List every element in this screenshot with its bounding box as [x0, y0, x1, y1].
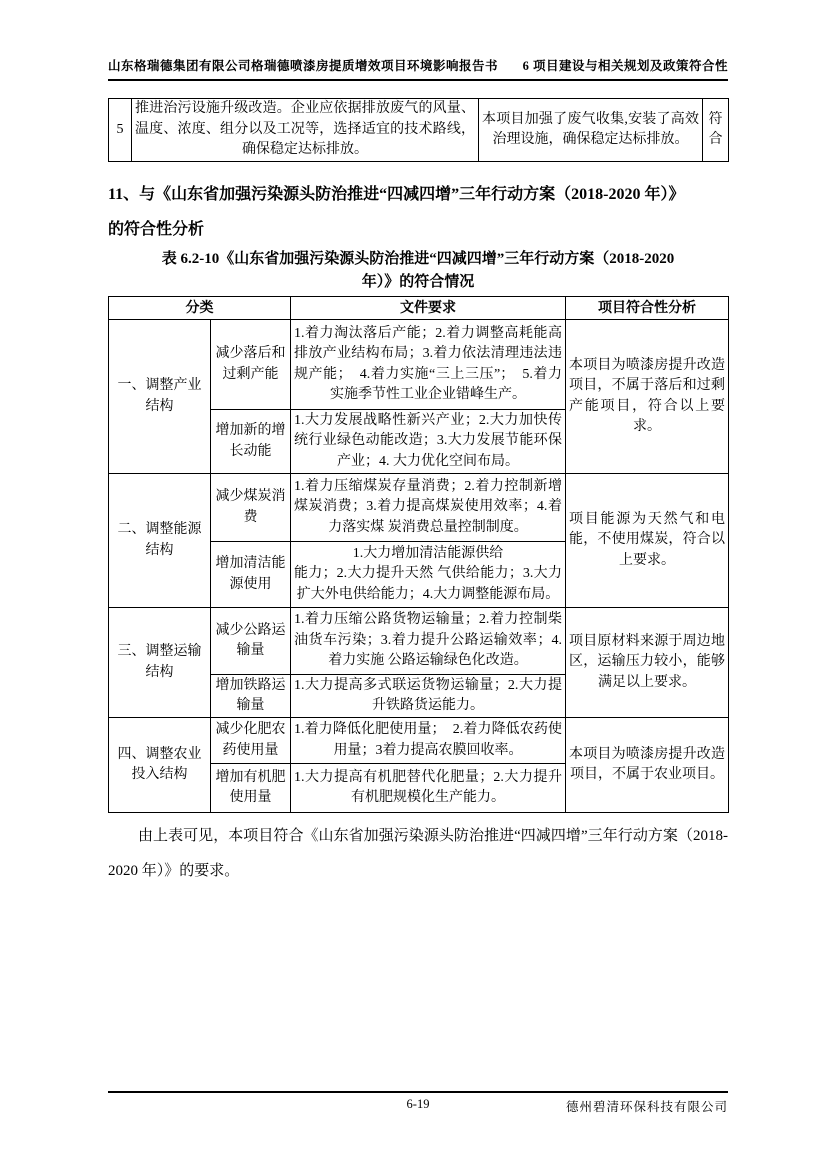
requirement-cell: 1.大力提高有机肥替代化肥量；2.大力提升有机肥规模化生产能力。 [291, 764, 566, 813]
analysis-cell: 本项目为喷漆房提升改造项目，不属于落后和过剩产能项目，符合以上要求。 [566, 320, 729, 474]
subcategory-cell: 减少煤炭消费 [211, 474, 291, 542]
requirement-cell: 1.着力淘汰落后产能；2.着力调整高耗能高排放产业结构布局；3.着力依法清理违法… [291, 320, 566, 410]
subcategory-cell: 减少公路运输量 [211, 608, 291, 675]
footer-company-name: 德州碧清环保科技有限公司 [566, 1097, 728, 1115]
category-cell: 四、调整农业投入结构 [109, 718, 211, 813]
requirement-cell: 1.着力降低化肥使用量； 2.着力降低农药使用量；3着力提高农膜回收率。 [291, 718, 566, 764]
running-head-right: 6 项目建设与相关规划及政策符合性 [523, 56, 728, 74]
requirement-cell: 1.大力提高多式联运货物运输量；2.大力提升铁路货运能力。 [291, 675, 566, 718]
header-category: 分类 [109, 297, 291, 320]
header-requirement: 文件要求 [291, 297, 566, 320]
requirement-cell: 1.大力发展战略性新兴产业；2.大力加快传统行业绿色动能改造；3.大力发展节能环… [291, 410, 566, 474]
subcategory-cell: 增加有机肥使用量 [211, 764, 291, 813]
four-reduce-four-increase-table: 分类 文件要求 项目符合性分析 一、调整产业结构 减少落后和过剩产能 1.着力淘… [108, 296, 729, 813]
requirement-cell: 1.大力增加清洁能源供给 能力；2.大力提升天然 气供给能力；3.大力扩大外电供… [291, 542, 566, 608]
table-row: 四、调整农业投入结构 减少化肥农药使用量 1.着力降低化肥使用量； 2.着力降低… [109, 718, 729, 764]
policy-compliance-table-continuation: 5 推进治污设施升级改造。企业应依据排放废气的风量、温度、浓度、组分以及工况等，… [108, 98, 729, 162]
subcategory-cell: 增加铁路运输量 [211, 675, 291, 718]
subcategory-cell: 减少化肥农药使用量 [211, 718, 291, 764]
row-index-cell: 5 [109, 99, 132, 162]
page-content: 山东格瑞德集团有限公司格瑞德喷漆房提质增效项目环境影响报告书 6 项目建设与相关… [108, 0, 728, 889]
subcategory-cell: 增加清洁能源使用 [211, 542, 291, 608]
requirement-cell: 1.着力压缩公路货物运输量；2.着力控制柴油货车污染；3.着力提升公路运输效率；… [291, 608, 566, 675]
table-header-row: 分类 文件要求 项目符合性分析 [109, 297, 729, 320]
page-footer: 6-19 德州碧清环保科技有限公司 [108, 1091, 728, 1112]
analysis-cell: 本项目加强了废气收集,安装了高效治理设施，确保稳定达标排放。 [479, 99, 703, 162]
analysis-cell: 项目原材料来源于周边地区，运输压力较小，能够满足以上要求。 [566, 608, 729, 718]
analysis-cell: 本项目为喷漆房提升改造项目，不属于农业项目。 [566, 718, 729, 813]
conclusion-cell: 符合 [703, 99, 729, 162]
requirement-cell: 1.着力压缩煤炭存量消费；2.着力控制新增煤炭消费；3.着力提高煤炭使用效率；4… [291, 474, 566, 542]
table-row: 一、调整产业结构 减少落后和过剩产能 1.着力淘汰落后产能；2.着力调整高耗能高… [109, 320, 729, 410]
running-head-left: 山东格瑞德集团有限公司格瑞德喷漆房提质增效项目环境影响报告书 [108, 56, 498, 74]
analysis-cell: 项目能源为天然气和电能，不使用煤炭，符合以上要求。 [566, 474, 729, 608]
table-row: 5 推进治污设施升级改造。企业应依据排放废气的风量、温度、浓度、组分以及工况等，… [109, 99, 729, 162]
table-caption: 表 6.2-10《山东省加强污染源头防治推进“四减四增”三年行动方案（2018-… [108, 248, 728, 294]
subcategory-cell: 减少落后和过剩产能 [211, 320, 291, 410]
header-analysis: 项目符合性分析 [566, 297, 729, 320]
category-cell: 一、调整产业结构 [109, 320, 211, 474]
requirement-cell: 推进治污设施升级改造。企业应依据排放废气的风量、温度、浓度、组分以及工况等，选择… [132, 99, 479, 162]
closing-paragraph: 由上表可见，本项目符合《山东省加强污染源头防治推进“四减四增”三年行动方案（20… [108, 819, 728, 889]
document-page: 山东格瑞德集团有限公司格瑞德喷漆房提质增效项目环境影响报告书 6 项目建设与相关… [0, 0, 827, 1169]
section-heading: 11、与《山东省加强污染源头防治推进“四减四增”三年行动方案（2018-2020… [108, 177, 728, 247]
category-cell: 三、调整运输结构 [109, 608, 211, 718]
table-row: 三、调整运输结构 减少公路运输量 1.着力压缩公路货物运输量；2.着力控制柴油货… [109, 608, 729, 675]
running-head: 山东格瑞德集团有限公司格瑞德喷漆房提质增效项目环境影响报告书 6 项目建设与相关… [108, 0, 728, 81]
table-row: 二、调整能源结构 减少煤炭消费 1.着力压缩煤炭存量消费；2.着力控制新增煤炭消… [109, 474, 729, 542]
category-cell: 二、调整能源结构 [109, 474, 211, 608]
subcategory-cell: 增加新的增长动能 [211, 410, 291, 474]
